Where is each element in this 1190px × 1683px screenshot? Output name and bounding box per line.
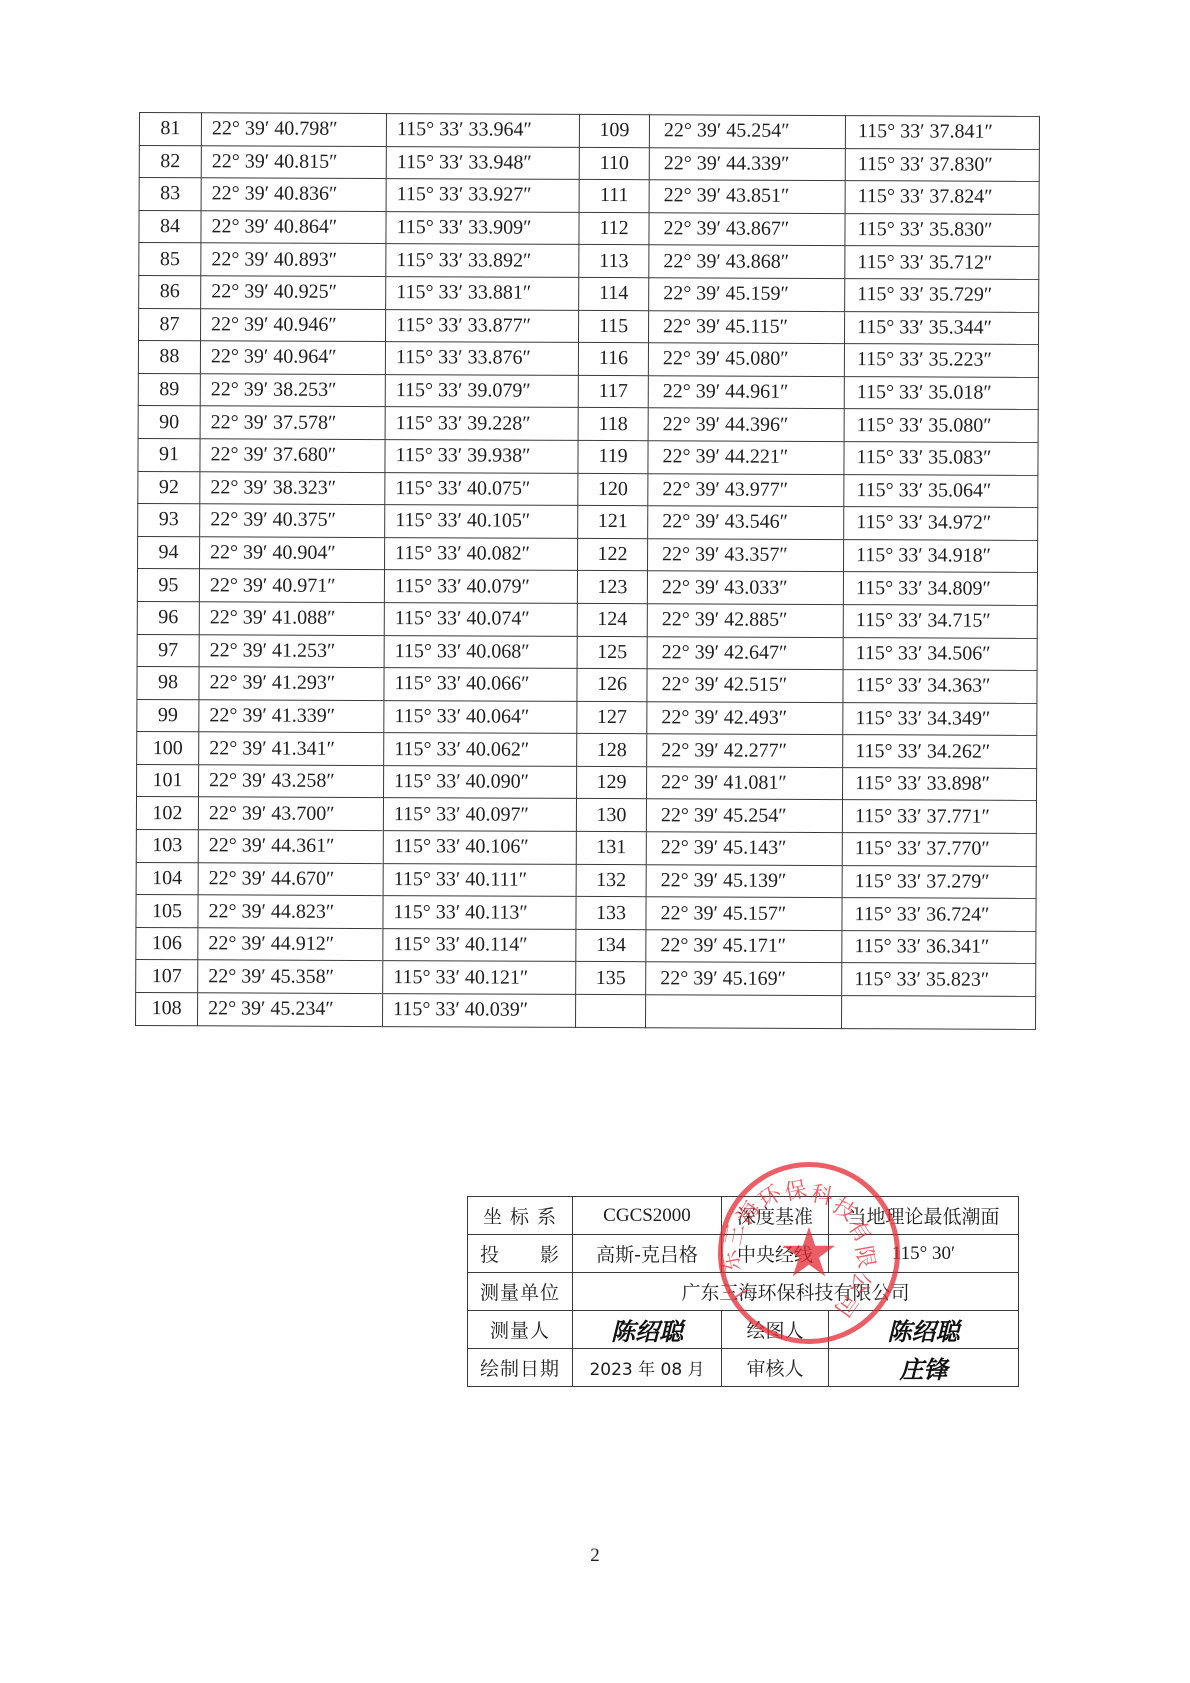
point-number-cell: 127 [577,701,647,734]
latitude-cell: 22° 39′ 40.925″ [201,276,386,309]
latitude-cell: 22° 39′ 38.323″ [200,471,385,504]
point-number-cell: 134 [576,929,646,962]
reviewer-signature: 庄锋 [829,1349,1019,1387]
point-number-cell: 128 [577,734,647,767]
latitude-cell: 22° 39′ 42.885″ [647,604,843,637]
longitude-cell: 115° 33′ 40.090″ [384,765,577,798]
longitude-cell: 115° 33′ 34.349″ [843,702,1037,735]
latitude-cell: 22° 39′ 45.115″ [648,310,844,343]
point-number-cell: 94 [138,536,200,569]
longitude-cell: 115° 33′ 37.770″ [842,833,1036,866]
point-number-cell: 102 [136,797,198,830]
longitude-cell: 115° 33′ 40.106″ [383,831,576,864]
latitude-cell: 22° 39′ 43.977″ [648,473,844,506]
point-number-cell: 101 [137,764,199,797]
point-number-cell: 100 [137,732,199,765]
table-row: 8222° 39′ 40.815″115° 33′ 33.948″11022° … [139,145,1039,182]
point-number-cell: 132 [576,864,646,897]
latitude-cell: 22° 39′ 44.823″ [198,895,383,928]
projection-label: 投 影 [468,1235,573,1273]
table-row: 9622° 39′ 41.088″115° 33′ 40.074″12422° … [137,601,1037,638]
point-number-cell: 119 [578,440,648,473]
latitude-cell: 22° 39′ 41.088″ [199,602,384,635]
table-row: 10422° 39′ 44.670″115° 33′ 40.111″13222°… [136,862,1036,899]
longitude-cell: 115° 33′ 37.279″ [842,865,1036,898]
point-number-cell: 123 [577,571,647,604]
latitude-cell: 22° 39′ 45.143″ [646,832,842,865]
longitude-cell: 115° 33′ 37.771″ [842,800,1036,833]
point-number-cell: 111 [579,180,649,213]
latitude-cell: 22° 39′ 40.904″ [200,536,385,569]
longitude-cell: 115° 33′ 33.927″ [386,179,579,212]
latitude-cell: 22° 39′ 43.851″ [649,180,845,213]
point-number-cell: 105 [136,895,198,928]
table-row: 10322° 39′ 44.361″115° 33′ 40.106″13122°… [136,830,1036,867]
longitude-cell: 115° 33′ 40.097″ [383,798,576,831]
longitude-cell: 115° 33′ 36.341″ [842,930,1036,963]
point-number-cell: 118 [578,408,648,441]
latitude-cell: 22° 39′ 43.357″ [648,538,844,571]
point-number-cell: 106 [136,927,198,960]
surveyor-signature: 陈绍聪 [573,1311,722,1349]
point-number-cell: 93 [138,504,200,537]
longitude-cell: 115° 33′ 33.881″ [386,277,579,310]
point-number-cell: 130 [576,799,646,832]
point-number-cell: 92 [138,471,200,504]
latitude-cell: 22° 39′ 40.971″ [199,569,384,602]
document-page: 8122° 39′ 40.798″115° 33′ 33.964″10922° … [0,0,1190,1683]
longitude-cell: 115° 33′ 34.363″ [843,670,1037,703]
longitude-cell: 115° 33′ 40.074″ [384,602,577,635]
longitude-cell [842,996,1036,1029]
coord-system-label: 坐 标 系 [468,1197,573,1235]
point-number-cell: 121 [578,506,648,539]
longitude-cell: 115° 33′ 33.948″ [386,146,579,179]
point-number-cell: 82 [139,145,201,178]
latitude-cell: 22° 39′ 45.171″ [646,930,842,963]
table-row: 10122° 39′ 43.258″115° 33′ 40.090″12922°… [137,764,1037,801]
table-row: 8322° 39′ 40.836″115° 33′ 33.927″11122° … [139,178,1039,215]
coordinate-table: 8122° 39′ 40.798″115° 33′ 33.964″10922° … [135,112,1040,1030]
depth-datum-value: 当地理论最低潮面 [829,1197,1019,1235]
latitude-cell: 22° 39′ 41.081″ [647,767,843,800]
latitude-cell: 22° 39′ 45.080″ [648,343,844,376]
latitude-cell: 22° 39′ 45.254″ [646,799,842,832]
table-row: 10222° 39′ 43.700″115° 33′ 40.097″13022°… [136,797,1036,834]
latitude-cell: 22° 39′ 40.964″ [200,341,385,374]
longitude-cell: 115° 33′ 39.938″ [385,440,578,473]
page-number: 2 [0,1545,1190,1567]
latitude-cell: 22° 39′ 44.361″ [198,830,383,863]
survey-info-table: 坐 标 系 CGCS2000 深度基准 当地理论最低潮面 投 影 高斯-克吕格 … [467,1196,1019,1387]
latitude-cell: 22° 39′ 43.258″ [199,765,384,798]
survey-unit-label: 测量单位 [468,1273,573,1311]
point-number-cell: 86 [139,275,201,308]
latitude-cell: 22° 39′ 40.815″ [201,145,386,178]
reviewer-label: 审核人 [722,1349,829,1387]
latitude-cell: 22° 39′ 44.221″ [648,441,844,474]
latitude-cell: 22° 39′ 45.254″ [649,115,845,148]
latitude-cell: 22° 39′ 40.375″ [200,504,385,537]
point-number-cell: 122 [578,538,648,571]
point-number-cell: 103 [136,830,198,863]
latitude-cell: 22° 39′ 43.700″ [198,797,383,830]
latitude-cell: 22° 39′ 45.169″ [646,962,842,995]
table-row: 10522° 39′ 44.823″115° 33′ 40.113″13322°… [136,895,1036,932]
longitude-cell: 115° 33′ 34.262″ [843,735,1037,768]
table-row: 8422° 39′ 40.864″115° 33′ 33.909″11222° … [139,210,1039,247]
latitude-cell: 22° 39′ 38.253″ [200,374,385,407]
longitude-cell: 115° 33′ 40.082″ [385,537,578,570]
longitude-cell: 115° 33′ 33.964″ [386,114,579,147]
latitude-cell [646,995,842,1028]
point-number-cell: 84 [139,210,201,243]
longitude-cell: 115° 33′ 40.062″ [384,733,577,766]
longitude-cell: 115° 33′ 35.083″ [844,442,1038,475]
point-number-cell: 87 [139,308,201,341]
longitude-cell: 115° 33′ 40.075″ [385,472,578,505]
latitude-cell: 22° 39′ 40.836″ [201,178,386,211]
central-meridian-value: 115° 30′ [829,1235,1019,1273]
point-number-cell [576,994,646,1027]
latitude-cell: 22° 39′ 43.033″ [647,571,843,604]
latitude-cell: 22° 39′ 44.396″ [648,408,844,441]
table-row: 9522° 39′ 40.971″115° 33′ 40.079″12322° … [137,569,1037,606]
longitude-cell: 115° 33′ 34.506″ [843,637,1037,670]
table-row: 9022° 39′ 37.578″115° 33′ 39.228″11822° … [138,406,1038,443]
point-number-cell: 90 [138,406,200,439]
table-row: 9322° 39′ 40.375″115° 33′ 40.105″12122° … [138,504,1038,541]
longitude-cell: 115° 33′ 40.066″ [384,668,577,701]
point-number-cell: 96 [137,601,199,634]
longitude-cell: 115° 33′ 35.729″ [845,279,1039,312]
table-row: 8122° 39′ 40.798″115° 33′ 33.964″10922° … [139,113,1039,150]
point-number-cell: 110 [579,147,649,180]
longitude-cell: 115° 33′ 37.841″ [845,116,1039,149]
table-row: 10022° 39′ 41.341″115° 33′ 40.062″12822°… [137,732,1037,769]
point-number-cell: 97 [137,634,199,667]
point-number-cell: 85 [139,243,201,276]
date-value: 2023 年 08 月 [573,1349,722,1387]
table-row: 9822° 39′ 41.293″115° 33′ 40.066″12622° … [137,667,1037,704]
surveyor-label: 测量人 [468,1311,573,1349]
latitude-cell: 22° 39′ 43.867″ [649,213,845,246]
longitude-cell: 115° 33′ 33.892″ [386,244,579,277]
point-number-cell: 104 [136,862,198,895]
longitude-cell: 115° 33′ 40.111″ [383,863,576,896]
table-row: 8822° 39′ 40.964″115° 33′ 33.876″11622° … [138,341,1038,378]
longitude-cell: 115° 33′ 35.080″ [844,409,1038,442]
longitude-cell: 115° 33′ 33.909″ [386,211,579,244]
point-number-cell: 125 [577,636,647,669]
survey-unit-value: 广东三海环保科技有限公司 [573,1273,1019,1311]
projection-value: 高斯-克吕格 [573,1235,722,1273]
latitude-cell: 22° 39′ 42.493″ [647,701,843,734]
table-row: 9122° 39′ 37.680″115° 33′ 39.938″11922° … [138,438,1038,475]
longitude-cell: 115° 33′ 35.018″ [844,376,1038,409]
point-number-cell: 126 [577,669,647,702]
depth-datum-label: 深度基准 [722,1197,829,1235]
longitude-cell: 115° 33′ 37.824″ [845,181,1039,214]
longitude-cell: 115° 33′ 40.113″ [383,896,576,929]
point-number-cell: 88 [138,341,200,374]
point-number-cell: 120 [578,473,648,506]
table-row: 9722° 39′ 41.253″115° 33′ 40.068″12522° … [137,634,1037,671]
latitude-cell: 22° 39′ 44.670″ [198,862,383,895]
longitude-cell: 115° 33′ 34.972″ [844,507,1038,540]
longitude-cell: 115° 33′ 40.039″ [383,994,576,1027]
latitude-cell: 22° 39′ 45.139″ [646,864,842,897]
table-row: 8522° 39′ 40.893″115° 33′ 33.892″11322° … [139,243,1039,280]
longitude-cell: 115° 33′ 33.877″ [385,309,578,342]
point-number-cell: 131 [576,831,646,864]
longitude-cell: 115° 33′ 33.898″ [843,767,1037,800]
latitude-cell: 22° 39′ 40.864″ [201,211,386,244]
latitude-cell: 22° 39′ 40.946″ [201,308,386,341]
table-row: 10622° 39′ 44.912″115° 33′ 40.114″13422°… [136,927,1036,964]
latitude-cell: 22° 39′ 41.253″ [199,634,384,667]
info-row-date: 绘制日期 2023 年 08 月 审核人 庄锋 [468,1349,1019,1387]
point-number-cell: 133 [576,897,646,930]
table-row: 10722° 39′ 45.358″115° 33′ 40.121″13522°… [136,960,1036,997]
longitude-cell: 115° 33′ 35.064″ [844,474,1038,507]
longitude-cell: 115° 33′ 34.715″ [843,604,1037,637]
point-number-cell: 83 [139,178,201,211]
latitude-cell: 22° 39′ 44.912″ [198,928,383,961]
table-row: 9922° 39′ 41.339″115° 33′ 40.064″12722° … [137,699,1037,736]
longitude-cell: 115° 33′ 35.823″ [842,963,1036,996]
longitude-cell: 115° 33′ 35.830″ [845,213,1039,246]
point-number-cell: 108 [136,993,198,1026]
table-row: 9222° 39′ 38.323″115° 33′ 40.075″12022° … [138,471,1038,508]
latitude-cell: 22° 39′ 44.339″ [649,147,845,180]
latitude-cell: 22° 39′ 37.680″ [200,439,385,472]
point-number-cell: 117 [578,375,648,408]
longitude-cell: 115° 33′ 35.344″ [844,311,1038,344]
longitude-cell: 115° 33′ 35.223″ [844,344,1038,377]
point-number-cell: 112 [579,212,649,245]
longitude-cell: 115° 33′ 34.918″ [844,539,1038,572]
table-row: 9422° 39′ 40.904″115° 33′ 40.082″12222° … [138,536,1038,573]
latitude-cell: 22° 39′ 37.578″ [200,406,385,439]
info-row-projection: 投 影 高斯-克吕格 中央经线 115° 30′ [468,1235,1019,1273]
point-number-cell: 115 [578,310,648,343]
table-row: 8622° 39′ 40.925″115° 33′ 33.881″11422° … [139,275,1039,312]
latitude-cell: 22° 39′ 45.358″ [198,960,383,993]
latitude-cell: 22° 39′ 41.341″ [199,732,384,765]
latitude-cell: 22° 39′ 42.277″ [647,734,843,767]
point-number-cell: 89 [138,373,200,406]
point-number-cell: 135 [576,962,646,995]
point-number-cell: 109 [579,114,649,147]
info-row-coord-system: 坐 标 系 CGCS2000 深度基准 当地理论最低潮面 [468,1197,1019,1235]
longitude-cell: 115° 33′ 40.064″ [384,700,577,733]
longitude-cell: 115° 33′ 34.809″ [843,572,1037,605]
table-row: 8922° 39′ 38.253″115° 33′ 39.079″11722° … [138,373,1038,410]
longitude-cell: 115° 33′ 39.228″ [385,407,578,440]
point-number-cell: 113 [579,245,649,278]
date-label: 绘制日期 [468,1349,573,1387]
point-number-cell: 95 [137,569,199,602]
info-row-survey-unit: 测量单位 广东三海环保科技有限公司 [468,1273,1019,1311]
longitude-cell: 115° 33′ 33.876″ [385,342,578,375]
table-row: 10822° 39′ 45.234″115° 33′ 40.039″ [136,993,1036,1030]
longitude-cell: 115° 33′ 39.079″ [385,374,578,407]
central-meridian-label: 中央经线 [722,1235,829,1273]
longitude-cell: 115° 33′ 40.079″ [384,570,577,603]
point-number-cell: 98 [137,667,199,700]
drafter-label: 绘图人 [722,1311,829,1349]
latitude-cell: 22° 39′ 40.893″ [201,243,386,276]
latitude-cell: 22° 39′ 45.159″ [649,278,845,311]
longitude-cell: 115° 33′ 40.068″ [384,635,577,668]
drafter-signature: 陈绍聪 [829,1311,1019,1349]
latitude-cell: 22° 39′ 40.798″ [201,113,386,146]
latitude-cell: 22° 39′ 45.234″ [198,993,383,1026]
latitude-cell: 22° 39′ 41.339″ [199,699,384,732]
longitude-cell: 115° 33′ 36.724″ [842,898,1036,931]
latitude-cell: 22° 39′ 43.868″ [649,245,845,278]
info-row-surveyor: 测量人 陈绍聪 绘图人 陈绍聪 [468,1311,1019,1349]
coord-system-value: CGCS2000 [573,1197,722,1235]
latitude-cell: 22° 39′ 41.293″ [199,667,384,700]
longitude-cell: 115° 33′ 40.114″ [383,928,576,961]
longitude-cell: 115° 33′ 40.105″ [385,505,578,538]
latitude-cell: 22° 39′ 42.515″ [647,669,843,702]
latitude-cell: 22° 39′ 43.546″ [648,506,844,539]
point-number-cell: 107 [136,960,198,993]
point-number-cell: 124 [577,603,647,636]
longitude-cell: 115° 33′ 40.121″ [383,961,576,994]
point-number-cell: 116 [578,343,648,376]
point-number-cell: 99 [137,699,199,732]
point-number-cell: 129 [577,766,647,799]
latitude-cell: 22° 39′ 45.157″ [646,897,842,930]
longitude-cell: 115° 33′ 37.830″ [845,148,1039,181]
longitude-cell: 115° 33′ 35.712″ [845,246,1039,279]
point-number-cell: 81 [139,113,201,146]
latitude-cell: 22° 39′ 42.647″ [647,636,843,669]
latitude-cell: 22° 39′ 44.961″ [648,375,844,408]
point-number-cell: 91 [138,438,200,471]
point-number-cell: 114 [579,277,649,310]
table-row: 8722° 39′ 40.946″115° 33′ 33.877″11522° … [139,308,1039,345]
survey-info-box: 坐 标 系 CGCS2000 深度基准 当地理论最低潮面 投 影 高斯-克吕格 … [467,1196,1019,1387]
